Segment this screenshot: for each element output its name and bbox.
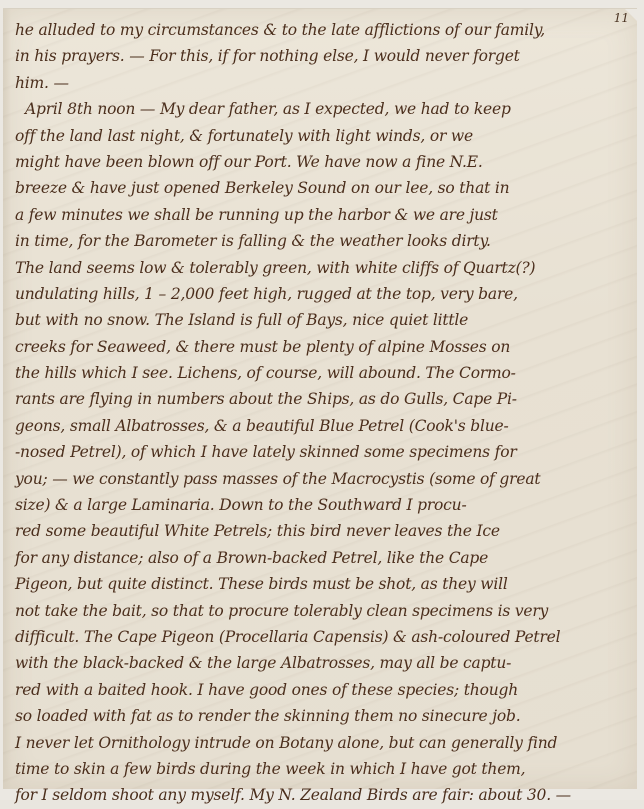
text-line: undulating hills, 1 – 2,000 feet high, r… [15, 281, 627, 307]
text-line: not take the bait, so that to procure to… [15, 598, 627, 624]
text-line: a few minutes we shall be running up the… [15, 202, 627, 228]
text-line: I never let Ornithology intrude on Botan… [15, 730, 627, 756]
page-binding-edge [3, 9, 11, 789]
text-line: you; — we constantly pass masses of the … [15, 466, 627, 492]
text-line: creeks for Seaweed, & there must be plen… [15, 334, 627, 360]
text-line: red with a baited hook. I have good ones… [15, 677, 627, 703]
manuscript-page: 11 he alluded to my circumstances & to t… [3, 8, 637, 789]
text-line: -nosed Petrel), of which I have lately s… [15, 439, 627, 465]
text-line: in his prayers. — For this, if for nothi… [15, 43, 627, 69]
text-line: for any distance; also of a Brown-backed… [15, 545, 627, 571]
text-line: rants are flying in numbers about the Sh… [15, 386, 627, 412]
text-line: but with no snow. The Island is full of … [15, 307, 627, 333]
text-line: size) & a large Laminaria. Down to the S… [15, 492, 627, 518]
text-line: him. — [15, 70, 627, 96]
text-line: with the black-backed & the large Albatr… [15, 650, 627, 676]
text-line: so loaded with fat as to render the skin… [15, 703, 627, 729]
text-line: he alluded to my circumstances & to the … [15, 17, 627, 43]
text-line: Pigeon, but quite distinct. These birds … [15, 571, 627, 597]
text-line: red some beautiful White Petrels; this b… [15, 518, 627, 544]
text-line: time to skin a few birds during the week… [15, 756, 627, 782]
handwritten-text: he alluded to my circumstances & to the … [15, 17, 627, 800]
text-line: in time, for the Barometer is falling & … [15, 228, 627, 254]
text-line-entry-heading: April 8th noon — My dear father, as I ex… [15, 96, 627, 122]
text-line: the hills which I see. Lichens, of cours… [15, 360, 627, 386]
text-line: might have been blown off our Port. We h… [15, 149, 627, 175]
text-line: geons, small Albatrosses, & a beautiful … [15, 413, 627, 439]
text-line: The land seems low & tolerably green, wi… [15, 255, 627, 281]
text-line: breeze & have just opened Berkeley Sound… [15, 175, 627, 201]
text-line: difficult. The Cape Pigeon (Procellaria … [15, 624, 627, 650]
text-line: for I seldom shoot any myself. My N. Zea… [15, 782, 627, 800]
text-line: off the land last night, & fortunately w… [15, 123, 627, 149]
